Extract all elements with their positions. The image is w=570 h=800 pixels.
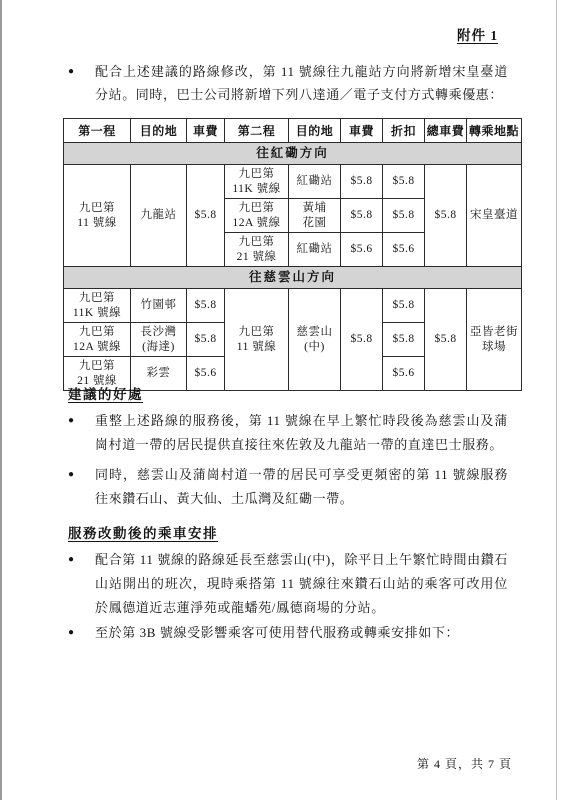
table-cell: 紅磡站 — [289, 233, 341, 267]
table-cell: 九巴第 21 號線 — [225, 233, 289, 267]
table-cell: $5.8 — [341, 289, 383, 391]
table-cell: 亞皆老街 球場 — [467, 289, 522, 391]
bullet-item: ● 配合第 11 號線的路線延長至慈雲山(中)，除平日上午繁忙時間由鑽石山站開出… — [68, 548, 508, 620]
column-header: 車費 — [187, 119, 225, 143]
column-header: 目的地 — [289, 119, 341, 143]
table-cell: 九巴第 11K 號線 — [64, 289, 131, 323]
page-number: 第 4 頁，共 7 頁 — [417, 755, 512, 772]
table-row: 九巴第 11 號線 九龍站 $5.8 九巴第 11K 號線 紅磡站 $5.8 $… — [64, 165, 522, 199]
bullet-item: ● 重整上述路線的服務後，第 11 號線在早上繁忙時段後為慈雲山及蒲崗村道一帶的… — [68, 409, 508, 457]
table-cell: 九巴第 12A 號線 — [225, 199, 289, 233]
section-heading-benefits: 建議的好處 — [68, 383, 143, 403]
bullet-icon: ● — [68, 621, 95, 645]
bullet-icon: ● — [68, 463, 95, 511]
table-cell: $5.8 — [383, 289, 425, 323]
intro-bullet-item: ● 配合上述建議的路線修改，第 11 號線往九龍站方向將新增宋皇臺道分站。同時，… — [68, 60, 508, 106]
column-header: 總車費 — [425, 119, 467, 143]
column-header: 第二程 — [225, 119, 289, 143]
document-page: 附件 1 ● 配合上述建議的路線修改，第 11 號線往九龍站方向將新增宋皇臺道分… — [0, 0, 570, 800]
arrangements-bullet-text: 至於第 3B 號線受影響乘客可使用替代服務或轉乘安排如下： — [95, 621, 508, 645]
bullet-icon: ● — [68, 60, 95, 106]
table-cell: $5.8 — [425, 165, 467, 267]
table-cell: 紅磡站 — [289, 165, 341, 199]
column-header: 轉乘地點 — [467, 119, 522, 143]
table-row: 九巴第 11K 號線 竹園邨 $5.8 九巴第 11 號線 慈雲山 (中) $5… — [64, 289, 522, 323]
table-cell: $5.6 — [383, 357, 425, 391]
table-cell: $5.8 — [187, 165, 225, 267]
table-cell: $5.8 — [341, 199, 383, 233]
column-header: 目的地 — [131, 119, 187, 143]
table-cell: 長沙灣 (海達) — [131, 323, 187, 357]
table-cell: 慈雲山 (中) — [289, 289, 341, 391]
section-title: 往紅磡方向 — [64, 143, 522, 165]
table-cell: 黃埔 花園 — [289, 199, 341, 233]
annex-label: 附件 1 — [457, 24, 498, 44]
section-title: 往慈雲山方向 — [64, 267, 522, 289]
table-cell: $5.6 — [187, 357, 225, 391]
bullet-icon: ● — [68, 548, 95, 620]
scan-edge-left — [0, 0, 2, 800]
bullet-item: ● 至於第 3B 號線受影響乘客可使用替代服務或轉乘安排如下： — [68, 621, 508, 645]
column-header: 折扣 — [383, 119, 425, 143]
table-cell: $5.8 — [187, 289, 225, 323]
intro-bullet-text: 配合上述建議的路線修改，第 11 號線往九龍站方向將新增宋皇臺道分站。同時，巴士… — [95, 60, 508, 106]
bullet-icon: ● — [68, 409, 95, 457]
table-cell: $5.8 — [425, 289, 467, 391]
fare-table: 第一程 目的地 車費 第二程 目的地 車費 折扣 總車費 轉乘地點 往紅磡方向 … — [63, 118, 522, 391]
table-cell: 九巴第 11 號線 — [64, 165, 131, 267]
table-cell: 竹園邨 — [131, 289, 187, 323]
arrangements-bullet-text: 配合第 11 號線的路線延長至慈雲山(中)，除平日上午繁忙時間由鑽石山站開出的班… — [95, 548, 508, 620]
benefits-bullet-text: 同時，慈雲山及蒲崗村道一帶的居民可享受更頻密的第 11 號線服務往來鑽石山、黃大… — [95, 463, 508, 511]
table-cell: $5.8 — [383, 323, 425, 357]
table-cell: $5.8 — [341, 165, 383, 199]
benefits-bullet-text: 重整上述路線的服務後，第 11 號線在早上繁忙時段後為慈雲山及蒲崗村道一帶的居民… — [95, 409, 508, 457]
table-cell: 宋皇臺道 — [467, 165, 522, 267]
section-heading-arrangements: 服務改動後的乘車安排 — [68, 522, 218, 542]
table-cell: 九巴第 12A 號線 — [64, 323, 131, 357]
table-cell: $5.6 — [383, 233, 425, 267]
table-header-row: 第一程 目的地 車費 第二程 目的地 車費 折扣 總車費 轉乘地點 — [64, 119, 522, 143]
column-header: 第一程 — [64, 119, 131, 143]
table-cell: $5.8 — [383, 199, 425, 233]
table-cell: $5.8 — [383, 165, 425, 199]
scan-edge-right — [556, 0, 557, 800]
table-cell: 九巴第 11K 號線 — [225, 165, 289, 199]
table-cell: 九巴第 11 號線 — [225, 289, 289, 391]
bullet-item: ● 同時，慈雲山及蒲崗村道一帶的居民可享受更頻密的第 11 號線服務往來鑽石山、… — [68, 463, 508, 511]
table-section-row: 往紅磡方向 — [64, 143, 522, 165]
table-cell: $5.6 — [341, 233, 383, 267]
table-cell: 九龍站 — [131, 165, 187, 267]
table-cell: $5.8 — [187, 323, 225, 357]
column-header: 車費 — [341, 119, 383, 143]
table-section-row: 往慈雲山方向 — [64, 267, 522, 289]
